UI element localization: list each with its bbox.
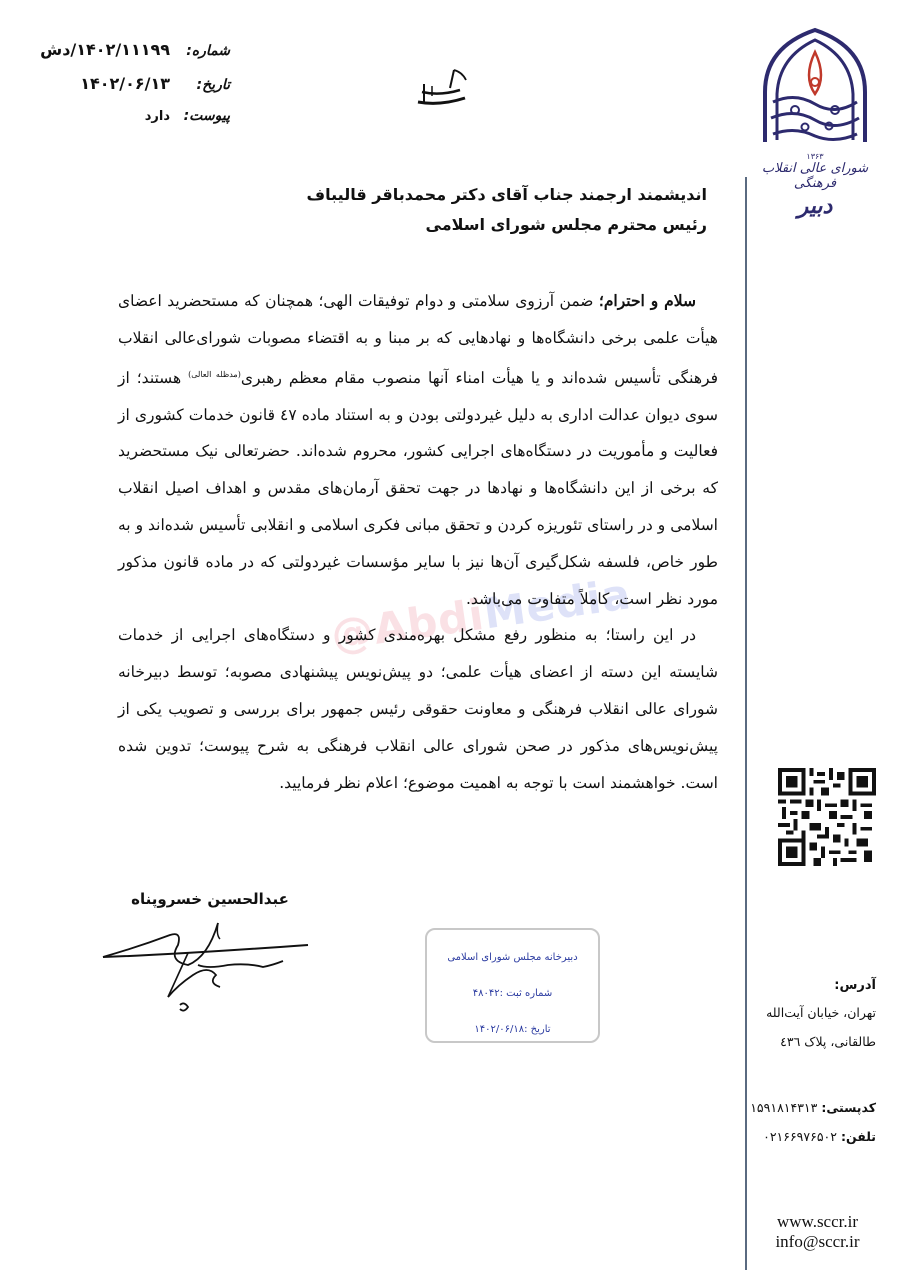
letter-meta: شماره: ۱۴۰۲/۱۱۱۹۹/دش تاریخ: ۱۴۰۲/۰۶/۱۳ پ…	[40, 40, 230, 142]
letter-number-value: ۱۴۰۲/۱۱۱۹۹/دش	[40, 40, 182, 59]
phone-value: ۰۲۱۶۶۹۷۶۵۰۲	[763, 1129, 837, 1144]
body-paragraph-1: سلام و احترام؛ ضمن آرزوی سلامتی و دوام ت…	[118, 283, 718, 617]
letter-date-row: تاریخ: ۱۴۰۲/۰۶/۱۳	[40, 74, 230, 108]
phone-row: تلفن: ۰۲۱۶۶۹۷۶۵۰۲	[748, 1129, 876, 1144]
letter-date-value: ۱۴۰۲/۰۶/۱۳	[80, 74, 182, 93]
letter-attachment-value: دارد	[145, 109, 182, 124]
greeting: سلام و احترام؛	[599, 291, 696, 310]
vertical-divider	[745, 177, 747, 1270]
contact-block: کدپستی: ۱۵۹۱۸۱۴۳۱۳ تلفن: ۰۲۱۶۶۹۷۶۵۰۲	[748, 1100, 876, 1158]
logo-year: ۱۳۶۳	[750, 152, 880, 161]
letter-date-label: تاریخ:	[182, 77, 230, 93]
address-line-2: طالقانی، پلاک ٤٣٦	[748, 1034, 876, 1049]
handwritten-signature	[98, 905, 318, 1020]
stamp-date: تاریخ :۱۴۰۲/۰۶/۱۸	[427, 1024, 598, 1060]
qr-code[interactable]	[778, 768, 876, 866]
letter-attachment-label: پیوست:	[182, 108, 230, 124]
invocation-calligraphy-icon	[410, 62, 480, 112]
qr-code-icon	[778, 768, 876, 866]
email-link[interactable]: info@sccr.ir	[760, 1232, 875, 1252]
body-paragraph-2: در این راستا؛ به منظور رفع مشکل بهره‌مند…	[118, 617, 718, 801]
postal-code-row: کدپستی: ۱۵۹۱۸۱۴۳۱۳	[748, 1100, 876, 1115]
invocation-calligraphy	[410, 62, 480, 112]
phone-label: تلفن:	[841, 1129, 876, 1144]
address-block: آدرس: تهران، خیابان آیت‌الله طالقانی، پل…	[748, 978, 876, 1063]
signature-icon	[98, 905, 318, 1020]
address-line-1: تهران، خیابان آیت‌الله	[748, 1005, 876, 1020]
stamp-registration-number: شماره ثبت :۴۸۰۴۲	[427, 988, 598, 1024]
web-contact: www.sccr.ir info@sccr.ir	[760, 1212, 875, 1252]
address-label: آدرس:	[748, 978, 876, 993]
receipt-stamp: دبیرخانه مجلس شورای اسلامی شماره ثبت :۴۸…	[425, 928, 600, 1043]
body-paragraph-1-part-b: هستند؛ از سوی دیوان عدالت اداری به دلیل …	[118, 369, 718, 608]
logo-org-name: شورای عالی انقلاب فرهنگی	[750, 161, 880, 191]
letter-number-row: شماره: ۱۴۰۲/۱۱۱۹۹/دش	[40, 40, 230, 74]
letter-number-label: شماره:	[182, 43, 230, 59]
postal-code-label: کدپستی:	[821, 1100, 876, 1115]
org-logo: ۱۳۶۳ شورای عالی انقلاب فرهنگی دبیر	[750, 22, 880, 237]
letter-attachment-row: پیوست: دارد	[40, 108, 230, 142]
addressee-line-1: اندیشمند ارجمند جناب آقای دکتر محمدباقر …	[187, 180, 707, 210]
stamp-title: دبیرخانه مجلس شورای اسلامی	[427, 952, 598, 988]
org-emblem-icon	[755, 22, 875, 152]
postal-code-value: ۱۵۹۱۸۱۴۳۱۳	[750, 1100, 817, 1115]
website-link[interactable]: www.sccr.ir	[760, 1212, 875, 1232]
letter-body: سلام و احترام؛ ضمن آرزوی سلامتی و دوام ت…	[118, 283, 718, 801]
logo-subtitle: دبیر	[750, 193, 880, 219]
addressee-line-2: رئیس محترم مجلس شورای اسلامی	[187, 210, 707, 240]
addressee: اندیشمند ارجمند جناب آقای دکتر محمدباقر …	[187, 180, 707, 240]
honorific-superscript: (مدظله العالی)	[188, 370, 241, 379]
